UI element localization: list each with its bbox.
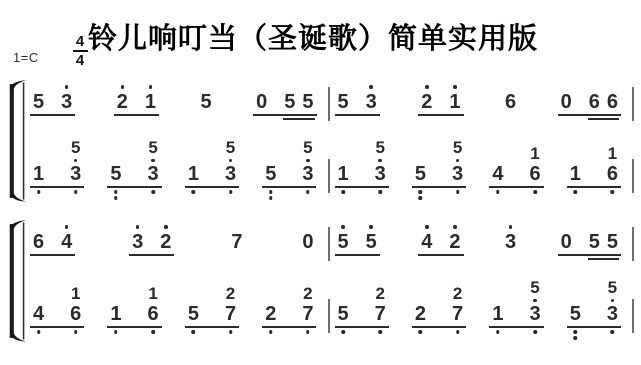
note: 4 (421, 225, 432, 252)
octave-dot (574, 190, 578, 194)
beat-group: 32 (129, 224, 174, 256)
octave-dots-above (136, 225, 140, 229)
note-digit: 5 (33, 92, 44, 112)
key-signature-label: 1=C (13, 50, 39, 65)
music-line-melody: 5321505553216066 (30, 84, 641, 118)
beat-group: 553 (107, 138, 161, 189)
note-digit: 5 (188, 304, 199, 324)
note-digit: 5 (265, 164, 276, 184)
score-systems: 5321505553216066153553153553153553416116… (0, 84, 641, 340)
note: 6 (607, 92, 618, 112)
note: 3 (61, 85, 72, 112)
note-digit: 6 (607, 92, 618, 112)
octave-dot (341, 225, 345, 229)
octave-dot (114, 196, 118, 200)
octave-dot (496, 330, 500, 334)
octave-dot (74, 159, 78, 163)
measure: 53216066 (335, 84, 622, 116)
note: 1 (449, 85, 460, 112)
octave-dot (65, 225, 69, 229)
note-digit: 2 (160, 232, 171, 252)
measure: 643270 (30, 224, 317, 256)
chord-upper-digit: 5 (608, 279, 617, 296)
chord-upper-digit: 2 (303, 285, 312, 302)
octave-dot (419, 190, 423, 194)
octave-dots-below (151, 159, 155, 163)
note-digit: 3 (505, 232, 516, 252)
note-digit: 5 (338, 304, 349, 324)
octave-dot (369, 85, 373, 89)
octave-dot (453, 85, 457, 89)
note: 53 (70, 139, 81, 185)
octave-dots-above (425, 225, 429, 229)
sixteenth-group: 66 (589, 92, 618, 112)
note-digit: 5 (366, 232, 377, 252)
note: 6 (505, 92, 516, 112)
octave-dot (533, 299, 537, 303)
note-digit: 5 (415, 164, 426, 184)
note: 2 (421, 85, 432, 112)
beat-group: 42 (418, 224, 463, 256)
octave-dots-below (496, 330, 500, 334)
octave-dot (151, 159, 155, 163)
beat-group: 153 (30, 138, 84, 189)
note: 5 (33, 92, 44, 112)
note: 5 (338, 304, 349, 324)
octave-dot (269, 196, 273, 200)
octave-dots-above (65, 85, 69, 89)
chord-upper-digit: 5 (530, 279, 539, 296)
note-digit: 3 (529, 304, 540, 324)
note-digit: 1 (570, 164, 581, 184)
octave-dots-above (369, 225, 373, 229)
octave-dots-below (341, 330, 345, 334)
barline (632, 87, 634, 121)
octave-dot (164, 225, 168, 229)
note-digit: 0 (302, 232, 313, 252)
octave-dot (269, 190, 273, 194)
note: 27 (225, 285, 236, 324)
octave-dot (456, 190, 460, 194)
octave-dots-below (74, 159, 78, 163)
note-digit: 2 (449, 232, 460, 252)
octave-dot (114, 330, 118, 334)
octave-dots-above (121, 85, 125, 89)
octave-dot (509, 225, 513, 229)
system-content: 64327055423055416116527227527227153553 (30, 224, 641, 340)
note-digit: 3 (148, 164, 159, 184)
sixteenth-group: 55 (284, 92, 313, 112)
octave-dots-below (151, 330, 155, 334)
note-digit: 6 (148, 304, 159, 324)
octave-dot (306, 190, 310, 194)
note-digit: 6 (33, 232, 44, 252)
note: 1 (145, 85, 156, 112)
octave-dot (378, 330, 382, 334)
octave-dot (533, 330, 537, 334)
barline (328, 299, 330, 333)
note-digit: 6 (70, 304, 81, 324)
note-digit: 0 (561, 232, 572, 252)
note-digit: 3 (225, 164, 236, 184)
octave-dot (369, 225, 373, 229)
octave-dot (425, 85, 429, 89)
beat-group: 21 (114, 84, 159, 116)
beat-group: 6 (502, 91, 519, 116)
note: 1 (33, 164, 44, 184)
octave-dot (574, 330, 578, 334)
beat-group: 055 (558, 231, 621, 256)
chord-upper-digit: 1 (71, 285, 80, 302)
chord-upper-digit: 5 (453, 139, 462, 156)
beat-group: 3 (502, 224, 519, 256)
score-page: { "header": { "key_label": "1=C", "time_… (0, 0, 641, 365)
octave-dot (151, 190, 155, 194)
note: 16 (607, 145, 618, 184)
note: 0 (302, 232, 313, 252)
beat-group: 0 (299, 231, 316, 256)
octave-dots-below (533, 330, 537, 334)
note: 2 (117, 85, 128, 112)
octave-dot (611, 330, 615, 334)
octave-dots-below (419, 330, 423, 334)
note: 3 (505, 225, 516, 252)
octave-dots-below (306, 159, 310, 163)
note-digit: 4 (61, 232, 72, 252)
note-digit: 5 (110, 164, 121, 184)
note: 5 (265, 164, 276, 184)
note: 5 (589, 232, 600, 252)
beat-group: 227 (412, 284, 466, 328)
beat-group: 116 (107, 284, 161, 328)
note-digit: 3 (61, 92, 72, 112)
octave-dots-above (425, 85, 429, 89)
octave-dot (229, 190, 233, 194)
octave-dots-below (533, 299, 537, 303)
chord-upper-digit: 2 (375, 285, 384, 302)
octave-dot (192, 330, 196, 334)
octave-dots-below (151, 190, 155, 194)
system: 5321505553216066153553153553153553416116 (2, 84, 641, 200)
measure: 527227153553 (335, 278, 622, 329)
note-digit: 1 (145, 92, 156, 112)
note: 53 (225, 139, 236, 185)
note-digit: 7 (375, 304, 386, 324)
note: 0 (561, 92, 572, 112)
beat-group: 153 (489, 278, 543, 329)
note-digit: 2 (415, 304, 426, 324)
octave-dots-below (192, 330, 196, 334)
octave-dot (65, 85, 69, 89)
note-digit: 5 (284, 92, 295, 112)
note: 1 (570, 164, 581, 184)
octave-dots-below (192, 190, 196, 194)
octave-dots-above (149, 85, 153, 89)
beat-group: 64 (30, 224, 75, 256)
octave-dots-below (378, 159, 382, 163)
octave-dot (229, 159, 233, 163)
octave-dots-below (229, 330, 233, 334)
sheet-music-page: 1=C 4 4 铃儿响叮当（圣诞歌）简单实用版 5321505553216066… (0, 0, 641, 365)
note: 5 (415, 164, 426, 184)
music-line-accompaniment: 416116527227527227153553 (30, 278, 641, 341)
octave-dots-below (114, 190, 118, 200)
octave-dots-below (574, 330, 578, 340)
measure: 153553153553 (30, 138, 317, 189)
note: 2 (160, 225, 171, 252)
octave-dot (121, 85, 125, 89)
chord-upper-digit: 2 (226, 285, 235, 302)
barline (632, 299, 634, 333)
note-digit: 1 (188, 164, 199, 184)
octave-dot (533, 190, 537, 194)
octave-dot (74, 330, 78, 334)
octave-dot (378, 159, 382, 163)
octave-dots-below (74, 190, 78, 194)
octave-dots-below (456, 159, 460, 163)
note: 6 (33, 232, 44, 252)
note-digit: 4 (492, 164, 503, 184)
system: 64327055423055416116527227527227153553 (2, 224, 641, 340)
note-digit: 4 (33, 304, 44, 324)
octave-dots-below (341, 190, 345, 194)
note-digit: 7 (302, 304, 313, 324)
note: 27 (302, 285, 313, 324)
note: 3 (132, 225, 143, 252)
octave-dots-below (378, 330, 382, 334)
octave-dot (496, 190, 500, 194)
note: 5 (302, 92, 313, 112)
octave-dots-below (611, 330, 615, 334)
note-digit: 3 (366, 92, 377, 112)
note-digit: 2 (117, 92, 128, 112)
note: 4 (61, 225, 72, 252)
octave-dots-below (37, 330, 41, 334)
octave-dots-below (611, 190, 615, 194)
octave-dot (419, 330, 423, 334)
note: 1 (338, 164, 349, 184)
note: 5 (110, 164, 121, 184)
note-digit: 1 (33, 164, 44, 184)
note-digit: 6 (505, 92, 516, 112)
octave-dots-below (419, 190, 423, 200)
octave-dot (611, 190, 615, 194)
beat-group: 066 (558, 91, 621, 116)
octave-dots-above (453, 85, 457, 89)
chord-upper-digit: 5 (375, 139, 384, 156)
octave-dot (269, 330, 273, 334)
note: 5 (570, 304, 581, 324)
chord-upper-digit: 5 (226, 139, 235, 156)
note: 4 (33, 304, 44, 324)
octave-dots-below (269, 190, 273, 200)
octave-dots-below (229, 159, 233, 163)
octave-dot (419, 196, 423, 200)
staff-bracket-icon (4, 80, 27, 202)
note: 16 (529, 145, 540, 184)
note: 53 (148, 139, 159, 185)
octave-dots-below (229, 190, 233, 194)
octave-dot (456, 330, 460, 334)
octave-dots-above (509, 225, 513, 229)
measure: 416116527227 (30, 284, 317, 328)
note: 0 (256, 92, 267, 112)
octave-dot (378, 190, 382, 194)
note-digit: 7 (225, 304, 236, 324)
note-digit: 2 (421, 92, 432, 112)
measure: 53215055 (30, 84, 317, 116)
note-digit: 3 (375, 164, 386, 184)
note-digit: 5 (338, 92, 349, 112)
beat-group: 153 (335, 138, 389, 189)
beat-group: 553 (567, 278, 621, 329)
note-digit: 3 (302, 164, 313, 184)
note: 16 (148, 285, 159, 324)
octave-dots-above (453, 225, 457, 229)
note: 53 (607, 279, 618, 325)
octave-dot (574, 336, 578, 340)
chord-upper-digit: 5 (303, 139, 312, 156)
octave-dot (341, 330, 345, 334)
note-digit: 3 (452, 164, 463, 184)
octave-dot (114, 190, 118, 194)
measure: 153553416116 (335, 138, 622, 189)
octave-dot (192, 190, 196, 194)
note-digit: 4 (421, 232, 432, 252)
beat-group: 55 (335, 224, 380, 256)
note: 2 (265, 304, 276, 324)
beat-group: 055 (253, 91, 316, 116)
note-digit: 6 (589, 92, 600, 112)
octave-dot (341, 190, 345, 194)
octave-dots-below (611, 299, 615, 303)
beat-group: 553 (262, 138, 316, 189)
note-digit: 5 (201, 92, 212, 112)
octave-dot (306, 330, 310, 334)
note: 3 (366, 85, 377, 112)
octave-dot (149, 85, 153, 89)
barline (328, 159, 330, 193)
beat-group: 21 (418, 84, 463, 116)
note-digit: 3 (607, 304, 618, 324)
note: 53 (529, 279, 540, 325)
note-digit: 7 (231, 232, 242, 252)
octave-dots-below (456, 330, 460, 334)
note-digit: 5 (607, 232, 618, 252)
note: 0 (561, 232, 572, 252)
barline (328, 227, 330, 261)
note: 1 (188, 164, 199, 184)
note-digit: 3 (70, 164, 81, 184)
octave-dot (37, 190, 41, 194)
octave-dots-below (269, 330, 273, 334)
note: 5 (607, 232, 618, 252)
note: 16 (70, 285, 81, 324)
note-digit: 5 (589, 232, 600, 252)
chord-upper-digit: 1 (530, 145, 539, 162)
note-digit: 0 (561, 92, 572, 112)
octave-dots-below (496, 190, 500, 194)
octave-dot (425, 225, 429, 229)
note: 53 (302, 139, 313, 185)
octave-dot (456, 159, 460, 163)
note: 5 (201, 92, 212, 112)
beat-group: 227 (262, 284, 316, 328)
octave-dots-below (574, 190, 578, 194)
time-signature: 4 4 (70, 33, 90, 70)
note-digit: 5 (338, 232, 349, 252)
note-digit: 5 (570, 304, 581, 324)
note: 53 (452, 139, 463, 185)
octave-dot (306, 159, 310, 163)
octave-dots-below (74, 330, 78, 334)
system-content: 5321505553216066153553153553153553416116 (30, 84, 641, 200)
chord-upper-digit: 1 (148, 285, 157, 302)
octave-dot (229, 330, 233, 334)
note: 1 (110, 304, 121, 324)
time-signature-denominator: 4 (76, 52, 84, 69)
note-digit: 1 (492, 304, 503, 324)
beat-group: 116 (567, 144, 621, 188)
barline (328, 87, 330, 121)
note-digit: 7 (452, 304, 463, 324)
note: 27 (375, 285, 386, 324)
octave-dots-below (456, 190, 460, 194)
beat-group: 527 (335, 284, 389, 328)
note: 5 (284, 92, 295, 112)
octave-dots-below (37, 190, 41, 194)
octave-dots-below (306, 330, 310, 334)
barline (632, 159, 634, 193)
beat-group: 416 (30, 284, 84, 328)
note: 4 (492, 164, 503, 184)
beat-group: 527 (185, 284, 239, 328)
octave-dot (136, 225, 140, 229)
chord-upper-digit: 5 (71, 139, 80, 156)
note-digit: 0 (256, 92, 267, 112)
note-digit: 3 (132, 232, 143, 252)
measure: 55423055 (335, 224, 622, 256)
note-digit: 2 (265, 304, 276, 324)
octave-dots-below (533, 190, 537, 194)
octave-dots-below (114, 330, 118, 334)
note-digit: 1 (338, 164, 349, 184)
note-digit: 6 (529, 164, 540, 184)
beat-group: 53 (335, 84, 380, 116)
note: 6 (589, 92, 600, 112)
note: 7 (231, 232, 242, 252)
octave-dots-above (65, 225, 69, 229)
beat-group: 153 (185, 138, 239, 189)
note: 5 (366, 225, 377, 252)
beat-group: 5 (198, 91, 215, 116)
note: 27 (452, 285, 463, 324)
note-digit: 6 (607, 164, 618, 184)
octave-dots-above (369, 85, 373, 89)
octave-dots-above (164, 225, 168, 229)
music-line-accompaniment: 153553153553153553416116 (30, 138, 641, 201)
score-title: 铃儿响叮当（圣诞歌）简单实用版 (88, 16, 538, 57)
time-signature-numerator: 4 (76, 33, 84, 50)
note-digit: 5 (302, 92, 313, 112)
octave-dot (453, 225, 457, 229)
note: 53 (375, 139, 386, 185)
chord-upper-digit: 1 (608, 145, 617, 162)
octave-dot (611, 299, 615, 303)
barline (632, 227, 634, 261)
octave-dot (74, 190, 78, 194)
note: 2 (449, 225, 460, 252)
